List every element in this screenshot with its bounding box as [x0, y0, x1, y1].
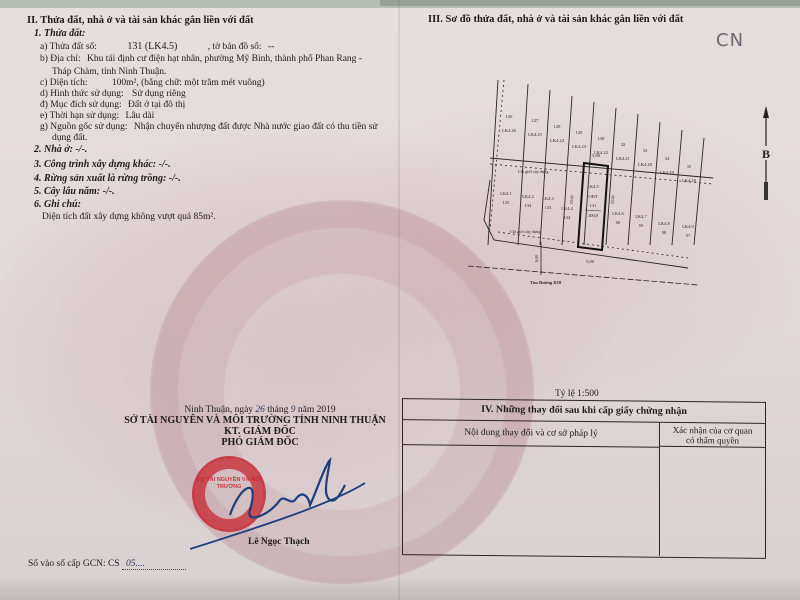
bottom-shadow — [0, 576, 800, 600]
svg-text:LK4.1: LK4.1 — [500, 191, 512, 196]
origin-label: g) Nguồn gốc sử dụng: — [40, 122, 127, 132]
area-value: 100m², (bằng chữ: một trăm mét vuông) — [112, 78, 265, 88]
top-edge-right — [380, 0, 800, 6]
svg-text:5,00: 5,00 — [592, 153, 601, 159]
svg-text:Tim Đường D18: Tim Đường D18 — [530, 280, 562, 285]
svg-text:LK4.21: LK4.21 — [616, 156, 630, 161]
svg-text:LK4.20: LK4.20 — [638, 162, 653, 167]
svg-text:60: 60 — [616, 220, 621, 225]
land-title: 1. Thửa đất: — [34, 27, 85, 40]
svg-text:LK4.23: LK4.23 — [572, 144, 587, 149]
date-month: 9 — [291, 405, 296, 415]
north-arrow-icon: B — [756, 104, 776, 204]
svg-text:LK4.8: LK4.8 — [658, 221, 670, 226]
section-2-title: II. Thửa đất, nhà ở và tài sản khác gắn … — [27, 14, 254, 27]
parcel-value: 131 (LK4.5) — [127, 41, 177, 52]
svg-text:128: 128 — [554, 124, 562, 129]
issue-date: Ninh Thuận, ngày 26 tháng 9 năm 2019 — [130, 405, 390, 415]
svg-text:133: 133 — [545, 205, 553, 210]
svg-text:32: 32 — [621, 142, 626, 147]
purpose-label: đ) Mục đích sử dụng: — [40, 100, 122, 110]
svg-text:Chỉ giới xây dựng: Chỉ giới xây dựng — [510, 229, 541, 234]
svg-text:35: 35 — [687, 164, 692, 169]
term-value: Lâu dài — [126, 111, 155, 121]
svg-text:LK4.24: LK4.24 — [550, 138, 565, 143]
address-row: b) Địa chỉ: Khu tái định cư điện hạt nhâ… — [40, 53, 362, 66]
col-header-confirmation: Xác nhận của cơ quan có thẩm quyền — [660, 423, 765, 448]
signature-block: Ninh Thuận, ngày 26 tháng 9 năm 2019 SỞ … — [130, 405, 390, 448]
registry-value: 05.... — [122, 559, 186, 570]
purpose-value: Đất ở tại đô thị — [128, 100, 185, 110]
svg-text:57: 57 — [686, 233, 691, 238]
map-sheet-label: , tờ bản đồ số: — [208, 42, 262, 52]
note-text: Diện tích đất xây dựng không vượt quá 85… — [42, 211, 216, 224]
signer-name: Lê Ngọc Thạch — [248, 537, 310, 547]
date-prefix: Ninh Thuận, ngày — [184, 405, 253, 415]
issuing-organization: SỞ TÀI NGUYÊN VÀ MÔI TRƯỜNG TỈNH NINH TH… — [120, 415, 390, 426]
changes-table: IV. Những thay đổi sau khi cấp giấy chứn… — [402, 398, 766, 559]
svg-text:59: 59 — [639, 223, 644, 228]
svg-text:20,00: 20,00 — [610, 195, 617, 204]
parcel-label: a) Thửa đất số: — [40, 42, 97, 52]
section-3-title: III. Sơ đồ thửa đất, nhà ở và tài sản kh… — [428, 14, 683, 25]
use-form-label: d) Hình thức sử dụng: — [40, 89, 124, 99]
address-line1: Khu tái định cư điện hạt nhân, phường Mỹ… — [87, 54, 362, 64]
parcel-map-diagram: 126LK4.26127LK4.25128LK4.24129LK4.23130L… — [468, 70, 728, 295]
svg-text:6,00: 6,00 — [534, 255, 540, 262]
svg-text:100,0: 100,0 — [588, 213, 599, 219]
col2-line2: có thẩm quyền — [660, 435, 765, 446]
use-form-value: Sử dụng riêng — [132, 89, 186, 99]
note-title: 6. Ghi chú: — [34, 198, 81, 211]
signer-role-1: KT. GIÁM ĐỐC — [130, 426, 390, 437]
svg-text:58: 58 — [662, 230, 667, 235]
svg-text:126: 126 — [506, 114, 514, 119]
parcel-row: a) Thửa đất số: 131 (LK4.5) , tờ bản đồ … — [40, 40, 274, 54]
address-label: b) Địa chỉ: — [40, 54, 81, 64]
map-sheet-value: -- — [268, 42, 274, 52]
svg-text:34: 34 — [665, 156, 670, 161]
map-scale: Tỷ lệ 1:500 — [555, 389, 599, 399]
svg-text:LK4.4: LK4.4 — [561, 206, 573, 211]
origin-line1: Nhận chuyển nhượng đất được Nhà nước gia… — [134, 122, 378, 132]
svg-text:127: 127 — [532, 118, 540, 123]
date-day: 26 — [255, 405, 265, 415]
registry-label: Số vào sổ cấp GCN: CS — [28, 559, 120, 569]
svg-text:LK4.9: LK4.9 — [682, 224, 694, 229]
svg-text:LK4.2: LK4.2 — [522, 194, 534, 199]
forest-item: 4. Rừng sản xuất là rừng trồng: -/-. — [34, 172, 181, 185]
svg-text:LK4.26: LK4.26 — [502, 128, 517, 133]
svg-text:131: 131 — [590, 203, 597, 208]
svg-text:130: 130 — [598, 136, 606, 141]
svg-text:LK4.6: LK4.6 — [612, 211, 624, 216]
svg-text:20,00: 20,00 — [569, 195, 576, 204]
svg-text:LK4.19: LK4.19 — [660, 170, 675, 175]
house-item: 2. Nhà ở: -/-. — [34, 143, 87, 156]
changes-body-cell — [403, 445, 660, 556]
area-label: c) Diện tích: — [40, 78, 87, 88]
perennial-item: 5. Cây lâu năm: -/-. — [34, 185, 115, 198]
svg-text:5,00: 5,00 — [586, 259, 595, 265]
svg-text:ODT: ODT — [588, 194, 597, 199]
year-label: năm 2019 — [298, 405, 336, 415]
confirmation-body-cell — [660, 448, 765, 557]
svg-text:LK4.5: LK4.5 — [587, 184, 599, 189]
svg-text:134: 134 — [525, 203, 533, 208]
svg-text:Chỉ giới xây dựng: Chỉ giới xây dựng — [518, 169, 549, 174]
svg-text:132: 132 — [564, 215, 571, 220]
svg-text:33: 33 — [643, 148, 648, 153]
svg-text:LK4.18: LK4.18 — [682, 178, 697, 183]
origin-row: g) Nguồn gốc sử dụng: Nhận chuyển nhượng… — [40, 121, 377, 134]
signer-role-2: PHÓ GIÁM ĐỐC — [130, 437, 390, 448]
handwritten-mark: CN — [716, 30, 744, 51]
col-header-change-content: Nội dung thay đổi và cơ sở pháp lý — [403, 420, 660, 448]
svg-text:LK4.25: LK4.25 — [528, 132, 543, 137]
other-construction-item: 3. Công trình xây dựng khác: -/-. — [34, 158, 171, 171]
registry-number: Số vào sổ cấp GCN: CS 05.... — [28, 559, 186, 570]
north-label: B — [762, 147, 770, 161]
col2-line1: Xác nhận của cơ quan — [660, 425, 765, 436]
svg-text:LK4.3: LK4.3 — [542, 196, 554, 201]
svg-text:LK4.7: LK4.7 — [635, 214, 647, 219]
svg-text:135: 135 — [503, 200, 511, 205]
term-label: e) Thời hạn sử dụng: — [40, 111, 119, 121]
certificate-page: II. Thửa đất, nhà ở và tài sản khác gắn … — [0, 0, 800, 600]
svg-text:129: 129 — [576, 130, 584, 135]
month-label: tháng — [267, 405, 288, 415]
